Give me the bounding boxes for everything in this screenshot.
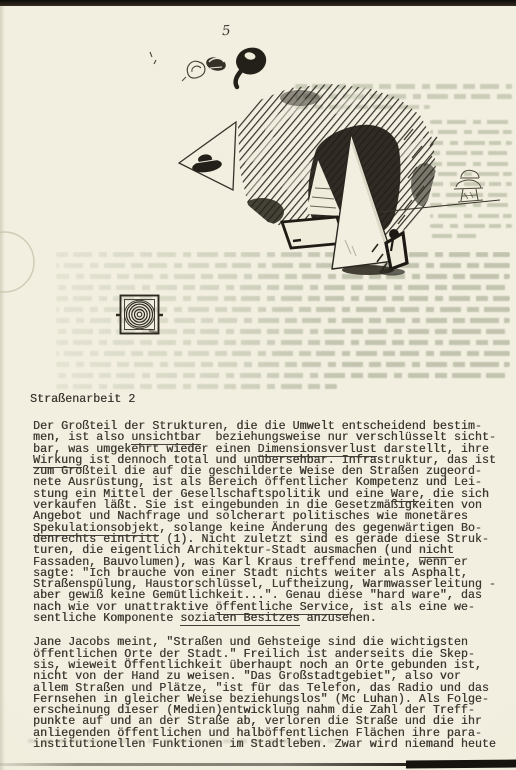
triangle-with-lens — [179, 122, 236, 190]
dome-sketch — [454, 170, 483, 202]
paragraph-2: Jane Jacobs meint, "Straßen und Gehsteig… — [33, 637, 513, 750]
section-heading: Straßenarbeit 2 — [30, 392, 135, 406]
scan-bottom-edge-dark — [406, 760, 516, 769]
shell-doodles — [150, 48, 266, 87]
paragraph-1: Der Großteil der Strukturen, die die Umw… — [33, 421, 513, 624]
spiral-square-stamp — [116, 296, 163, 334]
page-number: 5 — [221, 23, 231, 40]
punch-hole-arc — [0, 232, 34, 292]
text-line: sentliche Komponente sozialen Besitzes a… — [33, 613, 513, 624]
hatched-mass — [238, 83, 439, 240]
scanned-document-page: 5 Straßenarbeit 2 Der Großteil der Struk… — [0, 0, 516, 770]
typewritten-text: Der Großteil der Strukturen, die die Umw… — [33, 421, 513, 763]
paper-crease — [28, 739, 340, 743]
